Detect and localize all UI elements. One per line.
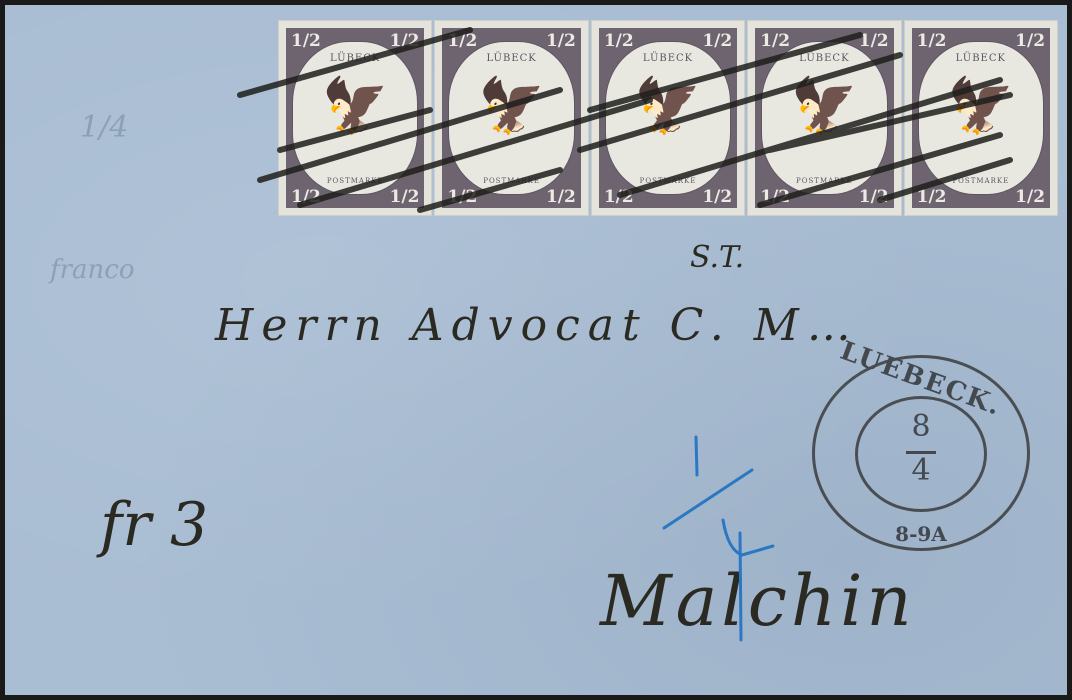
stamp-value: 1/2 bbox=[604, 31, 634, 51]
stamp-value: 1/2 bbox=[291, 31, 321, 51]
stamp-value: 1/2 bbox=[390, 187, 420, 207]
stamp-value: 1/2 bbox=[1015, 31, 1045, 51]
stamp-value: 1/2 bbox=[291, 187, 321, 207]
stamp-value: 1/2 bbox=[760, 187, 790, 207]
stamp-value: 1/2 bbox=[447, 31, 477, 51]
stamp-legend: POSTMARKE bbox=[279, 177, 431, 185]
stamp-country: LÜBECK bbox=[905, 53, 1057, 64]
stamp-legend: POSTMARKE bbox=[905, 177, 1057, 185]
stamp-value: 1/2 bbox=[546, 187, 576, 207]
stamp-value: 1/2 bbox=[917, 187, 947, 207]
destination: Malchin bbox=[600, 560, 916, 642]
stamp-legend: POSTMARKE bbox=[748, 177, 900, 185]
stamp: 1/2 1/2 1/2 1/2 LÜBECK 🦅 POSTMARKE bbox=[904, 20, 1058, 216]
eagle-icon: 🦅 bbox=[478, 79, 545, 133]
stamp-value: 1/2 bbox=[390, 31, 420, 51]
stamp-value: 1/2 bbox=[1015, 187, 1045, 207]
stamp-value: 1/2 bbox=[447, 187, 477, 207]
stamp-country: LÜBECK bbox=[748, 53, 900, 64]
stamp-country: LÜBECK bbox=[592, 53, 744, 64]
eagle-icon: 🦅 bbox=[947, 79, 1014, 133]
stamp-value: 1/2 bbox=[604, 187, 634, 207]
postmark-month: 4 bbox=[858, 453, 984, 488]
manuscript-mark-st: S.T. bbox=[690, 240, 744, 275]
stamp-value: 1/2 bbox=[702, 31, 732, 51]
stamp: 1/2 1/2 1/2 1/2 LÜBECK 🦅 POSTMARKE bbox=[434, 20, 588, 216]
stamp-strip: 1/2 1/2 1/2 1/2 LÜBECK 🦅 POSTMARKE 1/2 1… bbox=[278, 20, 1058, 216]
stamp-legend: POSTMARKE bbox=[435, 177, 587, 185]
stamp-value: 1/2 bbox=[760, 31, 790, 51]
stamp-value: 1/2 bbox=[917, 31, 947, 51]
stamp: 1/2 1/2 1/2 1/2 LÜBECK 🦅 POSTMARKE bbox=[278, 20, 432, 216]
stamp-legend: POSTMARKE bbox=[592, 177, 744, 185]
stamp-value: 1/2 bbox=[702, 187, 732, 207]
pencil-note-franco: franco bbox=[50, 255, 135, 285]
stamp-country: LÜBECK bbox=[435, 53, 587, 64]
eagle-icon: 🦅 bbox=[322, 79, 389, 133]
eagle-icon: 🦅 bbox=[634, 79, 701, 133]
pencil-note-rate: 1/4 bbox=[80, 110, 128, 145]
stamp: 1/2 1/2 1/2 1/2 LÜBECK 🦅 POSTMARKE bbox=[747, 20, 901, 216]
stamp-country: LÜBECK bbox=[279, 53, 431, 64]
postmark: LUEBECK. 8 4 8-9A bbox=[812, 355, 1030, 551]
stamp-value: 1/2 bbox=[859, 31, 889, 51]
eagle-icon: 🦅 bbox=[791, 79, 858, 133]
postmark-time: 8-9A bbox=[815, 522, 1027, 546]
addressee: Herrn Advocat C. M… bbox=[215, 300, 859, 351]
stamp: 1/2 1/2 1/2 1/2 LÜBECK 🦅 POSTMARKE bbox=[591, 20, 745, 216]
postmark-day: 8 bbox=[858, 409, 984, 444]
stamp-value: 1/2 bbox=[859, 187, 889, 207]
franco-note: fr 3 bbox=[100, 490, 208, 560]
stamp-value: 1/2 bbox=[546, 31, 576, 51]
